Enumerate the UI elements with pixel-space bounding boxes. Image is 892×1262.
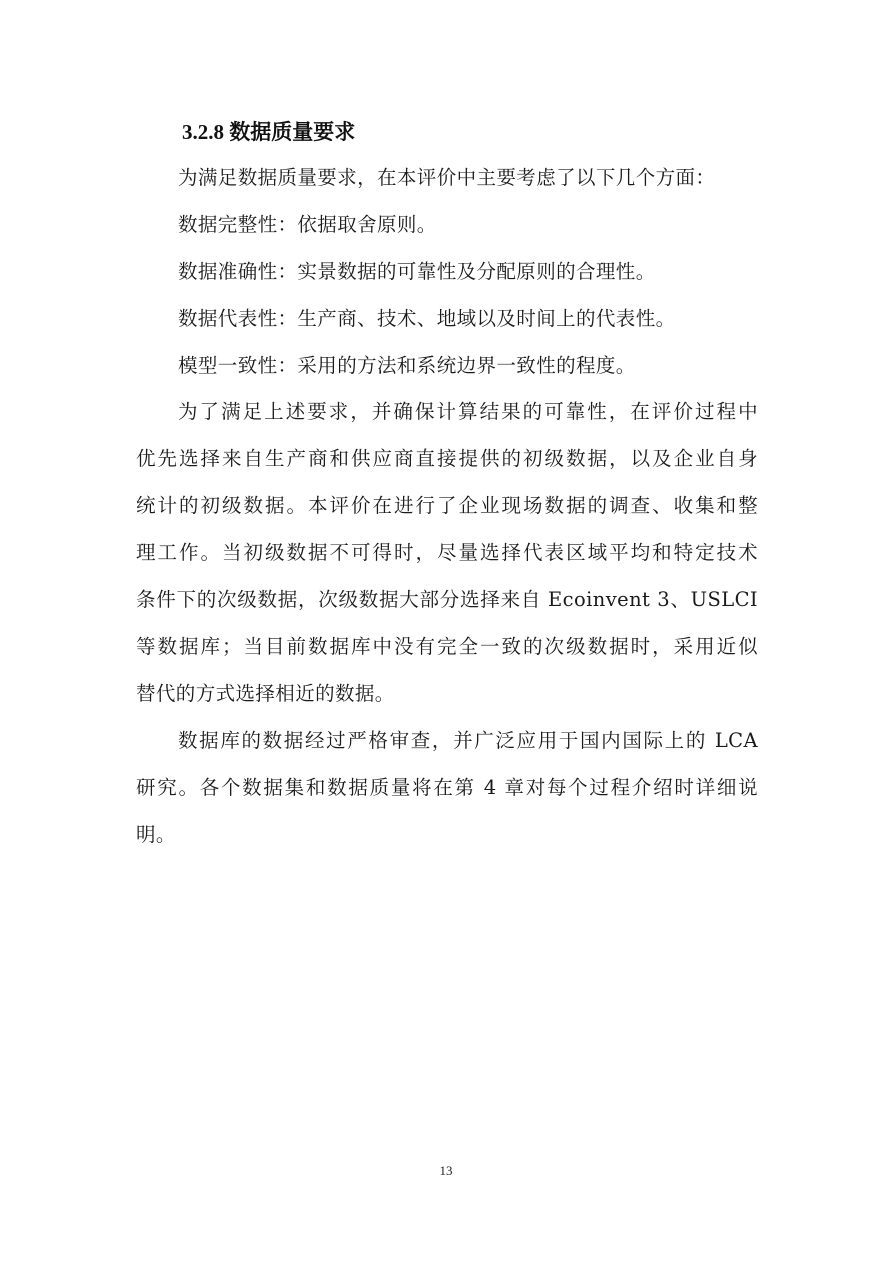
paragraph1-line-2: 优先选择来自生产商和供应商直接提供的初级数据，以及企业自身 xyxy=(136,445,758,473)
criterion-consistency: 模型一致性：采用的方法和系统边界一致性的程度。 xyxy=(178,352,636,380)
criterion-accuracy: 数据准确性：实景数据的可靠性及分配原则的合理性。 xyxy=(178,258,656,286)
paragraph2-line-3: 明。 xyxy=(136,821,758,849)
criterion-representativeness: 数据代表性：生产商、技术、地域以及时间上的代表性。 xyxy=(178,305,676,333)
paragraph1-line-7: 替代的方式选择相近的数据。 xyxy=(136,680,758,708)
page-number: 13 xyxy=(0,1163,892,1179)
paragraph1-line-6: 等数据库；当目前数据库中没有完全一致的次级数据时，采用近似 xyxy=(136,633,758,661)
paragraph2-line-1: 数据库的数据经过严格审查，并广泛应用于国内国际上的 LCA xyxy=(178,727,758,755)
intro-line: 为满足数据质量要求，在本评价中主要考虑了以下几个方面： xyxy=(178,164,715,192)
criterion-completeness: 数据完整性：依据取舍原则。 xyxy=(178,211,437,239)
paragraph1-line-3: 统计的初级数据。本评价在进行了企业现场数据的调查、收集和整 xyxy=(136,492,758,520)
paragraph1-line-4: 理工作。当初级数据不可得时，尽量选择代表区域平均和特定技术 xyxy=(136,539,758,567)
document-page: 3.2.8 数据质量要求 为满足数据质量要求，在本评价中主要考虑了以下几个方面：… xyxy=(0,0,892,1262)
paragraph1-line-1: 为了满足上述要求，并确保计算结果的可靠性，在评价过程中 xyxy=(178,398,758,426)
paragraph2-line-2: 研究。各个数据集和数据质量将在第 4 章对每个过程介绍时详细说 xyxy=(136,774,758,802)
paragraph1-line-5: 条件下的次级数据，次级数据大部分选择来自 Ecoinvent 3、USLCI xyxy=(136,586,758,614)
section-heading: 3.2.8 数据质量要求 xyxy=(182,117,355,147)
